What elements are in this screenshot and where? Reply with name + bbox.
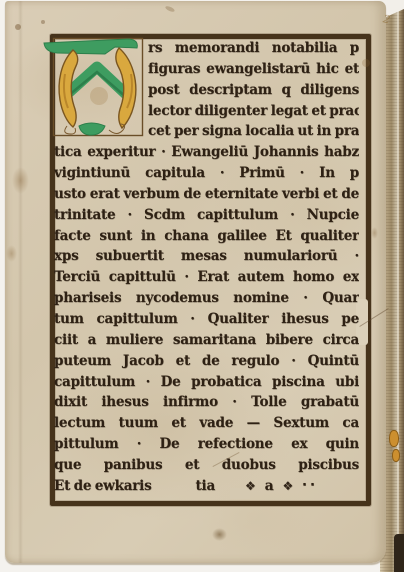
stain (212, 528, 227, 541)
text-line: lectum tuum et vade — Sextum ca (54, 413, 359, 434)
manuscript-page: rs memorandi notabilia pfiguras ewangeli… (5, 1, 386, 563)
stain (362, 59, 370, 67)
binding-shadow (394, 534, 404, 572)
text-line: trinitate · Scdm capittulum · Nupcie (54, 205, 359, 226)
stain (6, 245, 17, 262)
manuscript-photo: rs memorandi notabilia pfiguras ewangeli… (0, 0, 404, 572)
next-page-illumination-peek (392, 449, 400, 462)
text-line: dixit ihesus infirmo · Tolle grabatū (54, 392, 359, 413)
footer-line: Et de ewkaris tia ❖ a ❖ ·· (54, 476, 359, 496)
page-crease (18, 1, 23, 563)
text-line: xps subuertit mesas numulariorū · (54, 246, 359, 267)
text-line: ciit a muliere samaritana bibere circa (54, 330, 359, 351)
stain (12, 167, 29, 194)
text-line: tica experitur · Ewangeliū Johannis habz (54, 142, 359, 163)
initial-stain (90, 87, 108, 105)
signature-group: ❖ a ❖ ·· (245, 476, 318, 496)
stain (15, 24, 21, 30)
fleuron-icon: ❖ (282, 476, 293, 496)
next-page-illumination-peek (389, 430, 399, 447)
initial-flourish-left (65, 126, 76, 134)
text-line: que panibus et duobus piscibus (54, 455, 359, 476)
stain (41, 20, 45, 24)
fore-edge-highlight (397, 0, 399, 572)
text-line: Terciū capittulū · Erat autem homo ex (54, 267, 359, 288)
text-line: facte sunt in chana galilee Et qualiter (54, 226, 359, 247)
text-line: phariseis nycodemus nomine · Quar (54, 288, 359, 309)
illuminated-initial-A (43, 34, 147, 140)
text-line: pittulum · De refectione ex quin (54, 434, 359, 455)
quire-signature: a (265, 476, 274, 496)
text-line: puteum Jacob et de regulo · Quintū (54, 351, 359, 372)
catchword-tia: tia (196, 476, 216, 496)
fleuron-icon: ❖ (245, 476, 256, 496)
stain (165, 5, 176, 13)
footer-dots: ·· (302, 476, 318, 496)
text-line: tum capittulum · Qualiter ihesus pe (54, 309, 359, 330)
text-line: usto erat verbum de eternitate verbi et … (54, 184, 359, 205)
text-line: vigintiunū capitula · Primū · In p (54, 163, 359, 184)
footer-text: Et de ewkaris (54, 476, 152, 496)
stain (371, 227, 378, 239)
initial-green-foot (79, 123, 105, 135)
text-line: capittulum · De probatica piscina ubi (54, 372, 359, 393)
initial-artwork (43, 34, 147, 140)
